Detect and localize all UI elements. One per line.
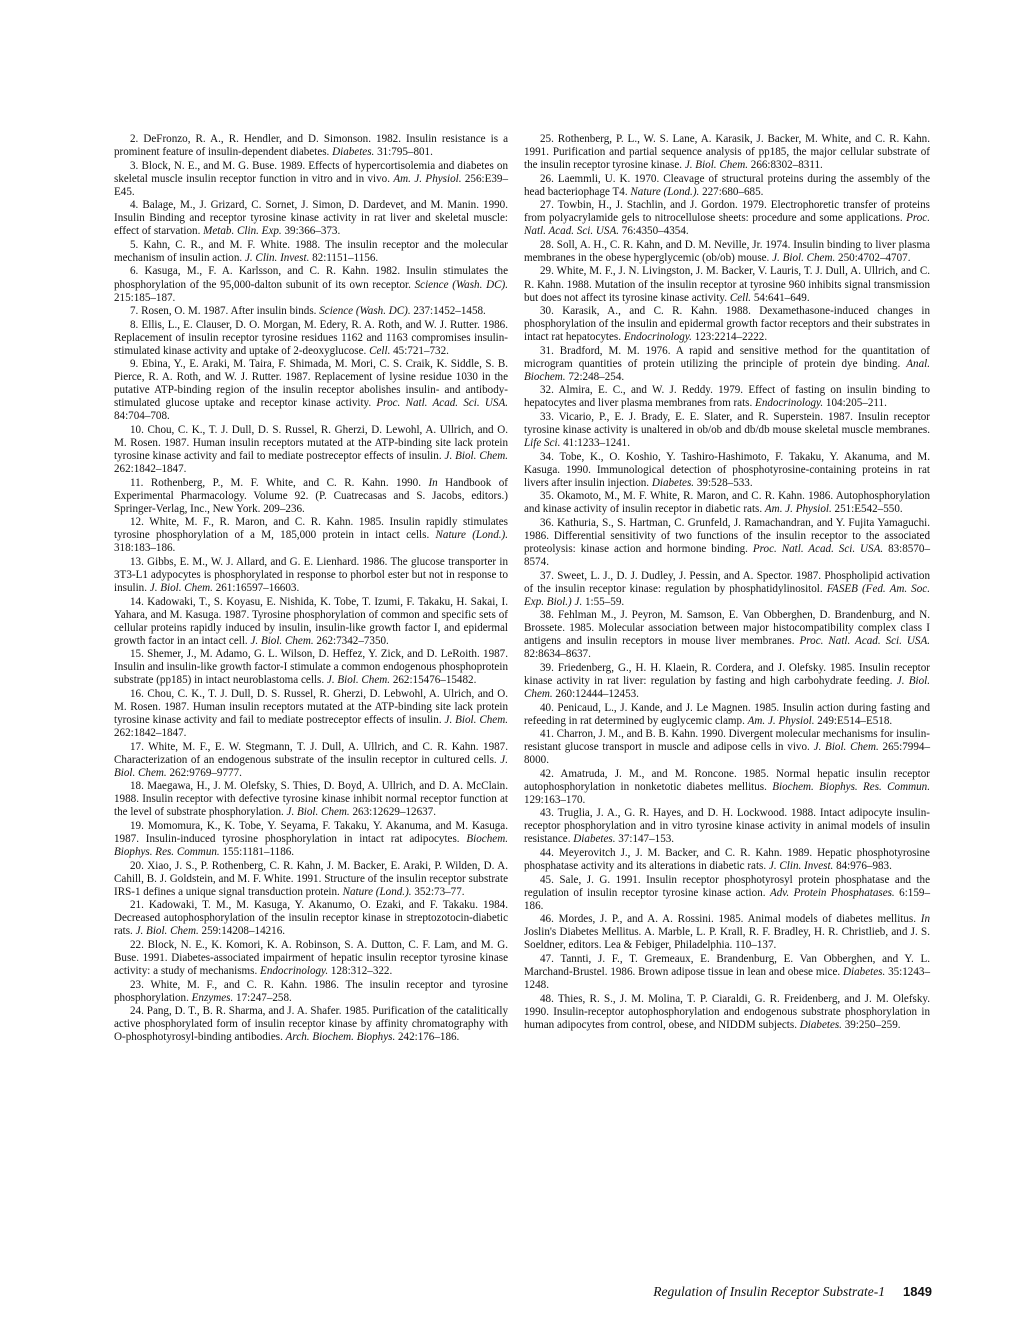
reference-text: 11. Rothenberg, P., M. F. White, and C. … [130,477,428,489]
running-title: Regulation of Insulin Receptor Substrate… [653,1284,885,1300]
reference-entry: 21. Kadowaki, T. M., M. Kasuga, Y. Akanu… [114,899,508,938]
journal-name: Arch. Biochem. Biophys. [286,1031,396,1043]
reference-entry: 46. Mordes, J. P., and A. A. Rossini. 19… [524,913,930,952]
citation-volume-pages: 104:205–211. [823,397,887,409]
reference-entry: 40. Penicaud, L., J. Kande, and J. Le Ma… [524,702,930,728]
citation-volume-pages: 54:641–649. [751,292,810,304]
journal-name: Adv. Protein Phosphatases. [770,887,895,899]
journal-name: Nature (Lond.). [343,886,412,898]
journal-name: Biochem. Biophys. Res. Commun. [772,781,930,793]
journal-name: Am. J. Physiol. [765,503,832,515]
reference-entry: 7. Rosen, O. M. 1987. After insulin bind… [114,305,508,318]
citation-volume-pages: 318:183–186. [114,542,175,554]
citation-volume-pages: 129:163–170. [524,794,585,806]
reference-text: 17. White, M. F., E. W. Stegmann, T. J. … [114,741,508,766]
citation-volume-pages: 82:8634–8637. [524,648,591,660]
reference-text: 27. Towbin, H., J. Stachlin, and J. Gord… [524,199,930,224]
journal-name: Am. J. Physiol. [748,715,815,727]
citation-volume-pages: 72:248–254. [566,371,625,383]
journal-name: Diabetes. [843,966,885,978]
citation-volume-pages: 259:14208–14216. [199,925,285,937]
citation-volume-pages: 262:7342–7350. [314,635,389,647]
journal-name: J. Biol. Chem. [327,674,390,686]
journal-name: Enzymes. [192,992,234,1004]
citation-volume-pages: 17:247–258. [233,992,292,1004]
journal-name: Life Sci. [524,437,560,449]
reference-entry: 41. Charron, J. M., and B. B. Kahn. 1990… [524,728,930,767]
reference-entry: 32. Almira, E. C., and W. J. Reddy. 1979… [524,384,930,410]
reference-entry: 36. Kathuria, S., S. Hartman, C. Grunfel… [524,517,930,569]
citation-volume-pages: 31:795–801. [374,146,433,158]
citation-volume-pages: 39:528–533. [694,477,753,489]
journal-name: Science (Wash. DC). [415,279,508,291]
citation-volume-pages: 242:176–186. [395,1031,459,1043]
reference-entry: 22. Block, N. E., K. Komori, K. A. Robin… [114,939,508,978]
reference-entry: 6. Kasuga, M., F. A. Karlsson, and C. R.… [114,265,508,304]
reference-entry: 44. Meyerovitch J., J. M. Backer, and C.… [524,847,930,873]
citation-volume-pages: 84:976–983. [833,860,892,872]
reference-text: 23. White, M. F., and C. R. Kahn. 1986. … [114,979,508,1004]
citation-volume-pages: 82:1151–1156. [309,252,378,264]
citation-volume-pages: 37:147–153. [616,833,675,845]
reference-entry: 43. Truglia, J. A., G. R. Hayes, and D. … [524,807,930,846]
citation-volume-pages: 262:9769–9777. [167,767,242,779]
reference-entry: 12. White, M. F., R. Maron, and C. R. Ka… [114,516,508,555]
reference-entry: 45. Sale, J. G. 1991. Insulin receptor p… [524,874,930,913]
reference-entry: 19. Momomura, K., K. Tobe, Y. Seyama, F.… [114,820,508,859]
reference-entry: 16. Chou, C. K., T. J. Dull, D. S. Russe… [114,688,508,740]
citation-volume-pages: 260:12444–12453. [553,688,639,700]
reference-entry: 26. Laemmli, U. K. 1970. Cleavage of str… [524,173,930,199]
references-column-right: 25. Rothenberg, P. L., W. S. Lane, A. Ka… [524,133,930,1032]
journal-name: In [921,913,930,925]
citation-volume-pages: 250:4702–4707. [835,252,910,264]
citation-volume-pages: 249:E514–E518. [815,715,893,727]
reference-text: 46. Mordes, J. P., and A. A. Rossini. 19… [540,913,921,925]
journal-name: J. Biol. Chem. [814,741,879,753]
citation-volume-pages: 215:185–187. [114,292,175,304]
journal-name: J. Biol. Chem. [445,714,508,726]
citation-volume-pages: 155:1181–1186. [220,846,294,858]
journal-name: J. Biol. Chem. [287,806,350,818]
journal-name: Diabetes. [332,146,374,158]
reference-entry: 27. Towbin, H., J. Stachlin, and J. Gord… [524,199,930,238]
journal-name: Nature (Lond.). [436,529,508,541]
citation-volume-pages: 262:1842–1847. [114,727,186,739]
reference-entry: 14. Kadowaki, T., S. Koyasu, E. Nishida,… [114,596,508,648]
reference-entry: 24. Pang, D. T., B. R. Sharma, and J. A.… [114,1005,508,1044]
journal-name: J. Biol. Chem. [250,635,313,647]
citation-volume-pages: 128:312–322. [328,965,392,977]
page-number: 1849 [903,1284,932,1299]
citation-volume-pages: 251:E542–550. [832,503,903,515]
journal-name: Cell. [369,345,390,357]
citation-volume-pages: 261:16597–16603. [213,582,299,594]
reference-entry: 39. Friedenberg, G., H. H. Klaein, R. Co… [524,662,930,701]
reference-entry: 42. Amatruda, J. M., and M. Roncone. 198… [524,768,930,807]
citation-volume-pages: 45:721–732. [390,345,449,357]
citation-volume-pages: 123:2214–2222. [692,331,767,343]
citation-volume-pages: 76:4350–4354. [619,225,689,237]
reference-entry: 9. Ebina, Y., E. Araki, M. Taira, F. Shi… [114,358,508,423]
reference-text: 39. Friedenberg, G., H. H. Klaein, R. Co… [524,662,930,687]
citation-volume-pages: 1:55–59. [582,596,624,608]
journal-name: J. Biol. Chem. [445,450,508,462]
journal-name: Diabetes. [800,1019,842,1031]
journal-name: In [428,477,437,489]
citation-volume-pages: 262:1842–1847. [114,463,186,475]
citation-volume-pages: 237:1452–1458. [411,305,486,317]
reference-entry: 8. Ellis, L., E. Clauser, D. O. Morgan, … [114,319,508,358]
reference-entry: 28. Soll, A. H., C. R. Kahn, and D. M. N… [524,239,930,265]
reference-entry: 34. Tobe, K., O. Koshio, Y. Tashiro-Hash… [524,451,930,490]
citation-volume-pages: 266:8302–8311. [748,159,823,171]
journal-name: J. Biol. Chem. [136,925,199,937]
reference-entry: 29. White, M. F., J. N. Livingston, J. M… [524,265,930,304]
journal-name: Science (Wash. DC). [319,305,410,317]
journal-name: J. Biol. Chem. [150,582,213,594]
reference-text: 19. Momomura, K., K. Tobe, Y. Seyama, F.… [114,820,508,845]
journal-name: J. Clin. Invest. [245,252,309,264]
reference-entry: 2. DeFronzo, R. A., R. Hendler, and D. S… [114,133,508,159]
journal-name: Proc. Natl. Acad. Sci. USA. [799,635,930,647]
reference-entry: 10. Chou, C. K., T. J. Dull, D. S. Russe… [114,424,508,476]
reference-entry: 13. Gibbs, E. M., W. J. Allard, and G. E… [114,556,508,595]
reference-entry: 17. White, M. F., E. W. Stegmann, T. J. … [114,741,508,780]
reference-entry: 3. Block, N. E., and M. G. Buse. 1989. E… [114,160,508,199]
citation-volume-pages: 39:250–259. [842,1019,901,1031]
journal-page: 2. DeFronzo, R. A., R. Hendler, and D. S… [0,0,1020,1320]
citation-volume-pages: 262:15476–15482. [390,674,476,686]
journal-name: Metab. Clin. Exp. [203,225,282,237]
citation-volume-pages: 39:366–373. [282,225,341,237]
reference-entry: 11. Rothenberg, P., M. F. White, and C. … [114,477,508,516]
reference-entry: 47. Tannti, J. F., T. Gremeaux, E. Brand… [524,953,930,992]
journal-name: Proc. Natl. Acad. Sci. USA. [376,397,508,409]
reference-entry: 30. Karasik, A., and C. R. Kahn. 1988. D… [524,305,930,344]
reference-entry: 5. Kahn, C. R., and M. F. White. 1988. T… [114,239,508,265]
reference-entry: 48. Thies, R. S., J. M. Molina, T. P. Ci… [524,993,930,1032]
journal-name: Proc. Natl. Acad. Sci. USA. [753,543,883,555]
citation-volume-pages: 227:680–685. [699,186,763,198]
reference-entry: 33. Vicario, P., E. J. Brady, E. E. Slat… [524,411,930,450]
reference-text: 29. White, M. F., J. N. Livingston, J. M… [524,265,930,303]
reference-text: 7. Rosen, O. M. 1987. After insulin bind… [130,305,319,317]
citation-volume-pages: 352:73–77. [412,886,465,898]
reference-entry: 18. Maegawa, H., J. M. Olefsky, S. Thies… [114,780,508,819]
reference-text: 33. Vicario, P., E. J. Brady, E. E. Slat… [524,411,930,436]
reference-entry: 25. Rothenberg, P. L., W. S. Lane, A. Ka… [524,133,930,172]
journal-name: Endocrinology. [260,965,328,977]
journal-name: Endocrinology. [755,397,823,409]
reference-entry: 15. Shemer, J., M. Adamo, G. L. Wilson, … [114,648,508,687]
reference-entry: 4. Balage, M., J. Grizard, C. Sornet, J.… [114,199,508,238]
journal-name: J. Biol. Chem. [772,252,835,264]
reference-text: 2. DeFronzo, R. A., R. Hendler, and D. S… [114,133,508,158]
journal-name: J. Clin. Invest. [769,860,833,872]
journal-name: Diabetes. [652,477,694,489]
journal-name: Diabetes. [573,833,615,845]
citation-volume-pages: 84:704–708. [114,410,170,422]
journal-name: Cell. [730,292,751,304]
reference-entry: 23. White, M. F., and C. R. Kahn. 1986. … [114,979,508,1005]
citation-volume-pages: 41:1233–1241. [560,437,630,449]
journal-name: Nature (Lond.). [630,186,699,198]
reference-entry: 31. Bradford, M. M. 1976. A rapid and se… [524,345,930,384]
journal-name: Endocrinology. [624,331,692,343]
reference-entry: 20. Xiao, J. S., P. Rothenberg, C. R. Ka… [114,860,508,899]
references-column-left: 2. DeFronzo, R. A., R. Hendler, and D. S… [114,133,508,1045]
reference-entry: 37. Sweet, L. J., D. J. Dudley, J. Pessi… [524,570,930,609]
reference-text: 31. Bradford, M. M. 1976. A rapid and se… [524,345,930,370]
journal-name: Am. J. Physiol. [393,173,461,185]
journal-name: J. Biol. Chem. [685,159,748,171]
reference-entry: 38. Fehlman M., J. Peyron, M. Samson, E.… [524,609,930,661]
page-footer: Regulation of Insulin Receptor Substrate… [0,1284,1020,1304]
citation-volume-pages: Joslin's Diabetes Mellitus. A. Marble, L… [524,926,930,951]
reference-entry: 35. Okamoto, M., M. F. White, R. Maron, … [524,490,930,516]
citation-volume-pages: 263:12629–12637. [350,806,436,818]
